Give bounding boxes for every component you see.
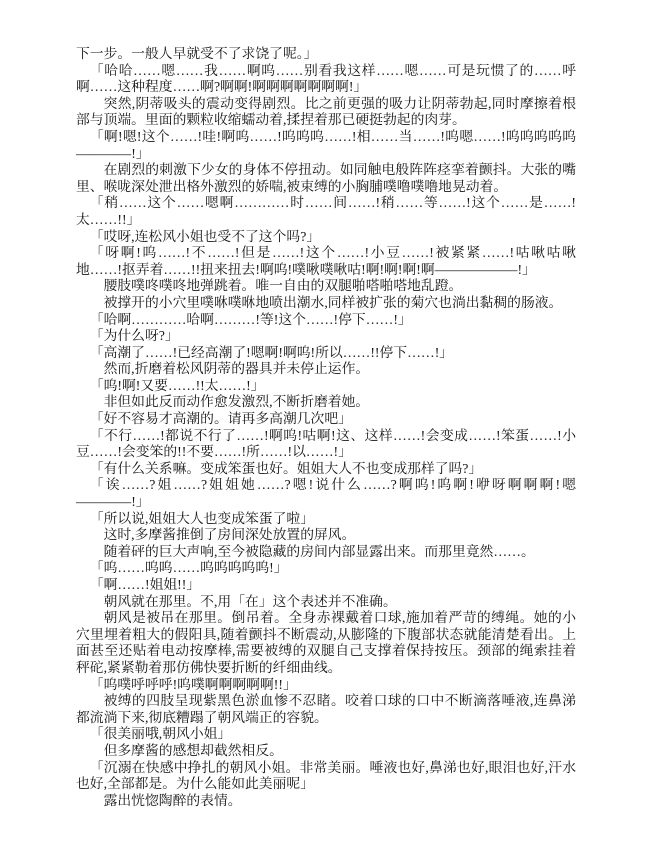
- paragraph: 「高潮了……!已经高潮了!嗯啊!啊呜!所以……!!停下……!」: [76, 345, 576, 362]
- paragraph: 「诶……?姐……?姐姐她……?嗯!说什么……?啊呜!呜啊!咿呀啊啊啊!嗯————…: [76, 477, 576, 510]
- paragraph: 「啊……!姐姐!!」: [76, 577, 576, 594]
- paragraph: 被撑开的小穴里噗咻噗咻地喷出潮水,同样被扩张的菊穴也淌出黏稠的肠液。: [76, 295, 576, 312]
- paragraph: 这时,多摩酱推倒了房间深处放置的屏风。: [76, 527, 576, 544]
- paragraph: 朝风就在那里。不,用「在」这个表述并不准确。: [76, 594, 576, 611]
- paragraph: 但多摩酱的感想却截然相反。: [76, 743, 576, 760]
- paragraph: 突然,阴蒂吸头的震动变得剧烈。比之前更强的吸力让阴蒂勃起,同时摩擦着根部与顶端。…: [76, 96, 576, 129]
- paragraph: 「呀啊!呜……!不……!但是……!这个……!小豆……!被紧紧……!咕啾咕啾地………: [76, 245, 576, 278]
- paragraph: 非但如此反而动作愈发激烈,不断折磨着她。: [76, 394, 576, 411]
- paragraph: 「呜……呜呜……呜呜呜呜呜!」: [76, 560, 576, 577]
- paragraph: 「好不容易才高潮的。请再多高潮几次吧」: [76, 411, 576, 428]
- paragraph: 下一步。一般人早就受不了求饶了呢。」: [76, 46, 576, 63]
- paragraph: 然而,折磨着松风阴蒂的器具并未停止运作。: [76, 361, 576, 378]
- paragraph: 「哈哈……嗯……我……啊呜……别看我这样……嗯……可是玩惯了的……呼啊……这种程…: [76, 63, 576, 96]
- book-page: 下一步。一般人早就受不了求饶了呢。」「哈哈……嗯……我……啊呜……别看我这样………: [0, 0, 650, 850]
- paragraph: 「哎呀,连松风小姐也受不了这个吗?」: [76, 229, 576, 246]
- paragraph: 「所以说,姐姐大人也变成笨蛋了啦」: [76, 511, 576, 528]
- paragraph: 「呜噗呼呼呼!呜噗啊啊啊啊啊!!」: [76, 677, 576, 694]
- paragraph: 「呜!啊!又要……!!太……!」: [76, 378, 576, 395]
- paragraph: 朝风是被吊在那里。倒吊着。全身赤裸戴着口球,施加着严苛的缚绳。她的小穴里埋着粗大…: [76, 610, 576, 676]
- paragraph: 「为什么呀?」: [76, 328, 576, 345]
- paragraph: 「很美丽哦,朝风小姐」: [76, 726, 576, 743]
- paragraph: 「沉溺在快感中挣扎的朝风小姐。非常美丽。唾液也好,鼻涕也好,眼泪也好,汗水也好,…: [76, 760, 576, 793]
- paragraph: 「稍……这个……嗯啊…………时……间……!稍……等……!这个……是……!太……!…: [76, 195, 576, 228]
- paragraph: 露出恍惚陶醉的表情。: [76, 793, 576, 810]
- paragraph: 「有什么关系嘛。变成笨蛋也好。姐姐大人不也变成那样了吗?」: [76, 461, 576, 478]
- paragraph: 随着砰的巨大声响,至今被隐藏的房间内部显露出来。而那里竟然……。: [76, 544, 576, 561]
- paragraph: 「啊!嗯!这个……!哇!啊呜……!呜呜呜……!相……当……!呜嗯……!呜呜呜呜呜…: [76, 129, 576, 162]
- paragraph: 被缚的四肢呈现紫黑色淤血惨不忍睹。咬着口球的口中不断滴落唾液,连鼻涕都流淌下来,…: [76, 693, 576, 726]
- paragraph: 腰肢噗咚噗咚地弹跳着。唯一自由的双腿啪嗒啪嗒地乱蹬。: [76, 278, 576, 295]
- paragraph: 「哈啊…………哈啊………!等!这个……!停下……!」: [76, 312, 576, 329]
- page-text: 下一步。一般人早就受不了求饶了呢。」「哈哈……嗯……我……啊呜……别看我这样………: [76, 46, 576, 809]
- paragraph: 「不行……!都说不行了……!啊呜!咕啊!这、这样……!会变成……!笨蛋……!小豆…: [76, 428, 576, 461]
- paragraph: 在剧烈的刺激下少女的身体不停扭动。如同触电般阵阵痉挛着颤抖。大张的嘴里、喉咙深处…: [76, 162, 576, 195]
